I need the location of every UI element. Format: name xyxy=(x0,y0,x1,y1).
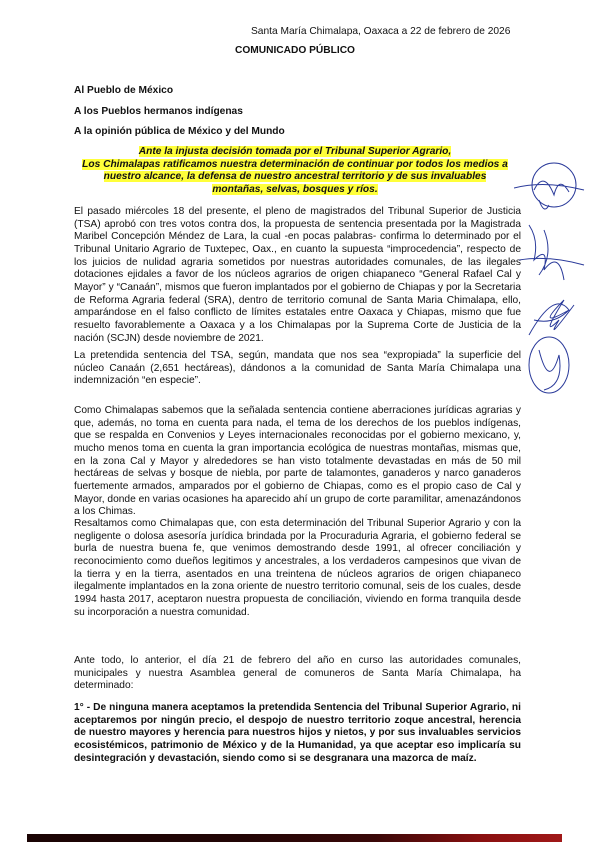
salutation-pueblo-mexico: Al Pueblo de México xyxy=(74,85,173,96)
paragraph-resolution-1: 1° - De ninguna manera aceptamos la pret… xyxy=(74,702,521,765)
paragraph-expropiacion: La pretendida sentencia del TSA, según, … xyxy=(74,350,521,388)
paragraph-resaltamos: Resaltamos como Chimalapas que, con esta… xyxy=(74,518,521,619)
signature-icon xyxy=(529,300,574,335)
salutation-opinion-publica: A la opinión pública de México y del Mun… xyxy=(74,126,285,137)
salutation-pueblos-indigenas: A los Pueblos hermanos indígenas xyxy=(74,106,243,117)
signatures xyxy=(514,160,594,400)
signature-icon xyxy=(519,225,584,280)
highlight-line: nuestro alcance, la defensa de nuestro a… xyxy=(104,171,487,182)
highlight-line: montañas, selvas, bosques y ríos. xyxy=(212,184,377,195)
signature-icon xyxy=(514,163,584,209)
paragraph-aberraciones: Como Chimalapas sabemos que la señalada … xyxy=(74,405,521,519)
document-page: Santa María Chimalapa, Oaxaca a 22 de fe… xyxy=(0,0,595,842)
document-title: COMUNICADO PÚBLICO xyxy=(235,45,355,56)
highlight-line: Los Chimalapas ratificamos nuestra deter… xyxy=(82,159,508,170)
signature-icon xyxy=(529,337,569,393)
scan-edge-bar xyxy=(27,834,562,842)
highlight-line: Ante la injusta decisión tomada por el T… xyxy=(139,146,451,157)
highlighted-statement: Ante la injusta decisión tomada por el T… xyxy=(68,146,522,196)
paragraph-determinacion: Ante todo, lo anterior, el día 21 de feb… xyxy=(74,655,521,693)
paragraph-tsa-decision: El pasado miércoles 18 del presente, el … xyxy=(74,206,521,345)
dateline: Santa María Chimalapa, Oaxaca a 22 de fe… xyxy=(251,26,510,37)
